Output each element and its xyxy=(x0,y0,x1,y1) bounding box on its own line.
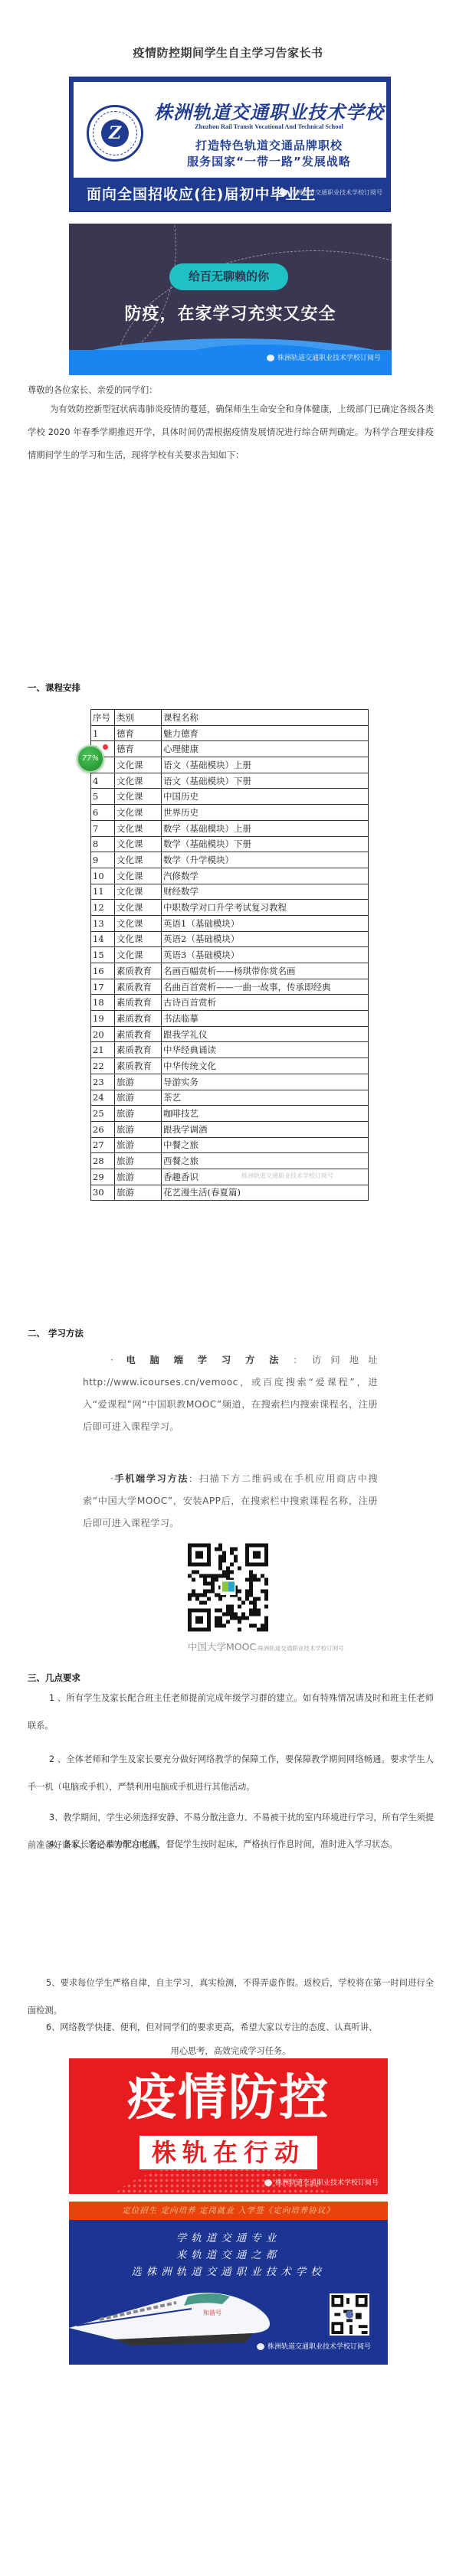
pc-method-text: ：访问地址 http://www.icourses.cn/vemooc，或百度搜… xyxy=(83,1355,378,1432)
category-cell: 文化课 xyxy=(115,773,162,789)
table-row: 24旅游茶艺 xyxy=(91,1090,369,1106)
school-qr-code[interactable] xyxy=(330,2293,369,2336)
category-cell: 旅游 xyxy=(115,1121,162,1137)
row-number-cell: 24 xyxy=(91,1090,115,1106)
table-row: 9文化课数学（升学模块） xyxy=(91,852,369,868)
table-row: 13文化课英语1（基础模块） xyxy=(91,915,369,931)
row-number-cell: 6 xyxy=(91,805,115,821)
row-number-cell: 8 xyxy=(91,836,115,852)
table-row: 8文化课数学（基础模块）下册 xyxy=(91,836,369,852)
table-row: 26旅游跟我学调酒 xyxy=(91,1121,369,1137)
requirement-item-4: 4、各家长务必鼎力配合老师，督促学生按时起床，严格执行作息时间，准时进入学习状态… xyxy=(28,1831,434,1858)
school-name-en: Zhuzhou Rail Transit Vocational And Tech… xyxy=(150,123,388,130)
header-cell: 序号 xyxy=(91,710,115,726)
recruit-line-1: 学轨道交通专业 xyxy=(69,2229,388,2244)
row-number-cell: 4 xyxy=(91,773,115,789)
watermark-text: 株洲轨道交通职业技术学校订阅号 xyxy=(277,355,381,362)
category-cell: 文化课 xyxy=(115,868,162,884)
row-number-cell: 28 xyxy=(91,1153,115,1169)
table-header-row: 序号 类别 课程名称 xyxy=(91,710,369,726)
category-cell: 素质教育 xyxy=(115,1042,162,1058)
study-at-home-banner: 给百无聊赖的你 防疫，在家学习充实又安全 株洲轨道交通职业技术学校订阅号 xyxy=(69,224,392,375)
row-number-cell: 5 xyxy=(91,789,115,805)
section-heading-methods: 二、 学习方法 xyxy=(28,1327,84,1339)
category-cell: 旅游 xyxy=(115,1106,162,1122)
school-name-cn: 株洲轨道交通职业技术学校 xyxy=(150,97,388,124)
course-name-cell: 语文（基础模块）下册 xyxy=(162,773,369,789)
category-cell: 旅游 xyxy=(115,1090,162,1106)
table-row: 28旅游西餐之旅 xyxy=(91,1153,369,1169)
section-heading-requirements: 三、几点要求 xyxy=(28,1672,80,1684)
category-cell: 文化课 xyxy=(115,820,162,836)
watermark-text: 株洲轨道交通职业技术学校订阅号 xyxy=(267,2343,371,2351)
qr-code-icon xyxy=(188,1542,268,1633)
row-number-cell: 27 xyxy=(91,1137,115,1153)
section-heading-courses: 一、课程安排 xyxy=(28,682,80,694)
table-row: 4文化课语文（基础模块）下册 xyxy=(91,773,369,789)
course-name-cell: 数学（升学模块） xyxy=(162,852,369,868)
svg-text:和谐号: 和谐号 xyxy=(203,2309,221,2316)
table-row: 19素质教育书法临摹 xyxy=(91,1011,369,1027)
table-row: 7文化课数学（基础模块）上册 xyxy=(91,820,369,836)
school-header-banner: Z 株洲轨道交通职业技术学校 Zhuzhou Rail Transit Voca… xyxy=(69,77,391,212)
row-number-cell: 25 xyxy=(91,1106,115,1122)
table-row: 22素质教育中华传统文化 xyxy=(91,1058,369,1074)
banner-watermark: 株洲轨道交通职业技术学校订阅号 xyxy=(257,2341,371,2351)
course-name-cell: 语文（基础模块）上册 xyxy=(162,757,369,773)
category-cell: 文化课 xyxy=(115,836,162,852)
recruit-banner: 定位招生 定向培养 定岗就业 入学签《定向培养协议》 学轨道交通专业 来轨道交通… xyxy=(69,2202,388,2365)
category-cell: 文化课 xyxy=(115,757,162,773)
table-row: 30旅游花艺漫生活(春夏篇) xyxy=(91,1185,369,1201)
banner-watermark: 株洲轨道交通职业技术学校订阅号 xyxy=(264,2177,379,2187)
banner-watermark: 株洲轨道交通职业技术学校订阅号 xyxy=(280,188,382,197)
school-emblem-icon: Z xyxy=(87,105,143,162)
watermark-text: 株洲轨道交通职业技术学校订阅号 xyxy=(258,1645,344,1652)
wechat-icon xyxy=(280,189,287,196)
bullet-train-icon: 和谐号 xyxy=(69,2286,276,2347)
epidemic-control-banner: 疫情防控 株轨在行动 株洲轨道交通职业技术学校订阅号 xyxy=(69,2058,388,2194)
course-name-cell: 中华传统文化 xyxy=(162,1058,369,1074)
course-name-cell: 数学（基础模块）下册 xyxy=(162,836,369,852)
banner-white-panel: Z 株洲轨道交通职业技术学校 Zhuzhou Rail Transit Voca… xyxy=(73,81,387,178)
course-name-cell: 跟我学调酒 xyxy=(162,1121,369,1137)
course-name-cell: 古诗百首赏析 xyxy=(162,995,369,1011)
table-row: 5文化课中国历史 xyxy=(91,789,369,805)
row-number-cell: 30 xyxy=(91,1185,115,1201)
mooc-qr-code[interactable] xyxy=(188,1542,268,1633)
category-cell: 素质教育 xyxy=(115,995,162,1011)
pill-label: 给百无聊赖的你 xyxy=(169,263,288,290)
course-name-cell: 名曲百首赏析——一曲一故事，传承即经典 xyxy=(162,979,369,995)
course-name-cell: 中国历史 xyxy=(162,789,369,805)
header-cell: 课程名称 xyxy=(162,710,369,726)
recruit-strip: 定位招生 定向培养 定岗就业 入学签《定向培养协议》 xyxy=(69,2202,388,2220)
qr-caption-text: 中国大学MOOC xyxy=(188,1641,256,1652)
notification-dot xyxy=(103,744,108,750)
intro-paragraph: 为有效防控新型冠状病毒肺炎疫情的蔓延，确保师生生命安全和身体健康，上级部门已确定… xyxy=(28,398,434,467)
requirement-item-1: 1 、所有学生及家长配合班主任老师提前完成年级学习群的建立。如有特殊情况请及时和… xyxy=(28,1685,434,1740)
course-name-cell: 数学（基础模块）上册 xyxy=(162,820,369,836)
table-row: 20素质教育跟我学礼仪 xyxy=(91,1026,369,1042)
course-name-cell: 魅力德育 xyxy=(162,725,369,741)
course-name-cell: 西餐之旅 xyxy=(162,1153,369,1169)
category-cell: 文化课 xyxy=(115,900,162,916)
category-cell: 文化课 xyxy=(115,931,162,947)
row-number-cell: 26 xyxy=(91,1121,115,1137)
pc-method-label: 电脑端学习方法 xyxy=(126,1355,294,1365)
category-cell: 旅游 xyxy=(115,1153,162,1169)
category-cell: 文化课 xyxy=(115,884,162,900)
bullet: · xyxy=(110,1355,113,1365)
category-cell: 旅游 xyxy=(115,1185,162,1201)
row-number-cell: 14 xyxy=(91,931,115,947)
table-row: 27旅游中餐之旅 xyxy=(91,1137,369,1153)
school-slogan-1: 打造特色轨道交通品牌职校 xyxy=(150,137,388,153)
row-number-cell: 13 xyxy=(91,915,115,931)
course-name-cell: 世界历史 xyxy=(162,805,369,821)
table-row: 10文化课汽修数学 xyxy=(91,868,369,884)
qr-caption: 中国大学MOOC株洲轨道交通职业技术学校订阅号 xyxy=(188,1639,344,1653)
table-row: 2德育心理健康 xyxy=(91,741,369,757)
category-cell: 德育 xyxy=(115,725,162,741)
banner-watermark: 株洲轨道交通职业技术学校订阅号 xyxy=(267,352,381,362)
watermark-text: 株洲轨道交通职业技术学校订阅号 xyxy=(275,2179,379,2187)
category-cell: 素质教育 xyxy=(115,963,162,979)
course-table: 序号 类别 课程名称 1德育魅力德育2德育心理健康3文化课语文（基础模块）上册4… xyxy=(90,709,369,1201)
row-number-cell: 18 xyxy=(91,995,115,1011)
table-watermark: 株洲轨道交通职业技术学校订阅号 xyxy=(241,1172,333,1180)
course-name-cell: 财经数学 xyxy=(162,884,369,900)
row-number-cell: 17 xyxy=(91,979,115,995)
course-name-cell: 英语1（基础模块） xyxy=(162,915,369,931)
table-row: 3文化课语文（基础模块）上册 xyxy=(91,757,369,773)
row-number-cell: 11 xyxy=(91,884,115,900)
course-name-cell: 咖啡技艺 xyxy=(162,1106,369,1122)
category-cell: 德育 xyxy=(115,741,162,757)
table-row: 12文化课中职数学对口升学考试复习教程 xyxy=(91,900,369,916)
course-name-cell: 英语3（基础模块） xyxy=(162,947,369,963)
category-cell: 旅游 xyxy=(115,1169,162,1185)
recruit-line-3: 选株洲轨道交通职业技术学校 xyxy=(69,2263,388,2278)
category-cell: 素质教育 xyxy=(115,1058,162,1074)
category-cell: 文化课 xyxy=(115,789,162,805)
row-number-cell: 22 xyxy=(91,1058,115,1074)
category-cell: 文化课 xyxy=(115,915,162,931)
pc-method-paragraph: · 电脑端学习方法：访问地址 http://www.icourses.cn/ve… xyxy=(83,1349,378,1438)
course-name-cell: 中华经典诵读 xyxy=(162,1042,369,1058)
emblem-core: Z xyxy=(101,119,129,147)
wechat-icon xyxy=(264,2179,272,2186)
mobile-method-paragraph: ·手机端学习方法：扫描下方二维码或在手机应用商店中搜索“中国大学MOOC”，安装… xyxy=(83,1468,378,1535)
table-row: 11文化课财经数学 xyxy=(91,884,369,900)
table-row: 21素质教育中华经典诵读 xyxy=(91,1042,369,1058)
category-cell: 文化课 xyxy=(115,805,162,821)
school-slogan-2: 服务国家“一带一路”发展战略 xyxy=(150,153,388,169)
course-name-cell: 名画百幅赏析——杨琪带你赏名画 xyxy=(162,963,369,979)
category-cell: 旅游 xyxy=(115,1074,162,1090)
category-cell: 素质教育 xyxy=(115,1011,162,1027)
row-number-cell: 20 xyxy=(91,1026,115,1042)
category-cell: 旅游 xyxy=(115,1137,162,1153)
course-name-cell: 花艺漫生活(春夏篇) xyxy=(162,1185,369,1201)
course-name-cell: 心理健康 xyxy=(162,741,369,757)
row-number-cell: 15 xyxy=(91,947,115,963)
course-name-cell: 书法临摹 xyxy=(162,1011,369,1027)
table-row: 6文化课世界历史 xyxy=(91,805,369,821)
table-row: 17素质教育名曲百首赏析——一曲一故事，传承即经典 xyxy=(91,979,369,995)
requirement-item-2: 2 、全体老师和学生及家长要充分做好网络教学的保障工作，要保障教学期间网络畅通。… xyxy=(28,1746,434,1801)
category-cell: 素质教育 xyxy=(115,1026,162,1042)
row-number-cell: 21 xyxy=(91,1042,115,1058)
wechat-icon xyxy=(257,2343,264,2350)
course-name-cell: 中职数学对口升学考试复习教程 xyxy=(162,900,369,916)
mobile-method-label: 手机端学习方法 xyxy=(113,1473,189,1484)
category-cell: 文化课 xyxy=(115,852,162,868)
category-cell: 素质教育 xyxy=(115,979,162,995)
banner-headline: 防疫，在家学习充实又安全 xyxy=(69,301,392,325)
recruit-line-2: 来轨道交通之都 xyxy=(69,2246,388,2261)
course-name-cell: 导游实务 xyxy=(162,1074,369,1090)
table-row: 23旅游导游实务 xyxy=(91,1074,369,1090)
course-name-cell: 英语2（基础模块） xyxy=(162,931,369,947)
wechat-icon xyxy=(267,355,274,361)
row-number-cell: 10 xyxy=(91,868,115,884)
course-name-cell: 茶艺 xyxy=(162,1090,369,1106)
row-number-cell: 23 xyxy=(91,1074,115,1090)
table-row: 1德育魅力德育 xyxy=(91,725,369,741)
course-name-cell: 中餐之旅 xyxy=(162,1137,369,1153)
table-row: 25旅游咖啡技艺 xyxy=(91,1106,369,1122)
header-cell: 类别 xyxy=(115,710,162,726)
category-cell: 文化课 xyxy=(115,947,162,963)
course-name-cell: 汽修数学 xyxy=(162,868,369,884)
watermark-text: 株洲轨道交通职业技术学校订阅号 xyxy=(241,1172,333,1179)
qr-code-icon xyxy=(331,2295,368,2334)
row-number-cell: 9 xyxy=(91,852,115,868)
table-row: 14文化课英语2（基础模块） xyxy=(91,931,369,947)
table-row: 16素质教育名画百幅赏析——杨琪带你赏名画 xyxy=(91,963,369,979)
row-number-cell: 29 xyxy=(91,1169,115,1185)
row-number-cell: 1 xyxy=(91,725,115,741)
document-title: 疫情防控期间学生自主学习告家长书 xyxy=(0,44,456,60)
banner-box-text: 株轨在行动 xyxy=(139,2136,317,2169)
banner-big-text: 疫情防控 xyxy=(69,2069,388,2127)
row-number-cell: 12 xyxy=(91,900,115,916)
row-number-cell: 7 xyxy=(91,820,115,836)
table-row: 18素质教育古诗百首赏析 xyxy=(91,995,369,1011)
row-number-cell: 16 xyxy=(91,963,115,979)
row-number-cell: 19 xyxy=(91,1011,115,1027)
watermark-text: 株洲轨道交通职业技术学校订阅号 xyxy=(290,189,382,196)
progress-badge[interactable]: 77% xyxy=(77,745,104,773)
table-row: 15文化课英语3（基础模块） xyxy=(91,947,369,963)
course-name-cell: 跟我学礼仪 xyxy=(162,1026,369,1042)
